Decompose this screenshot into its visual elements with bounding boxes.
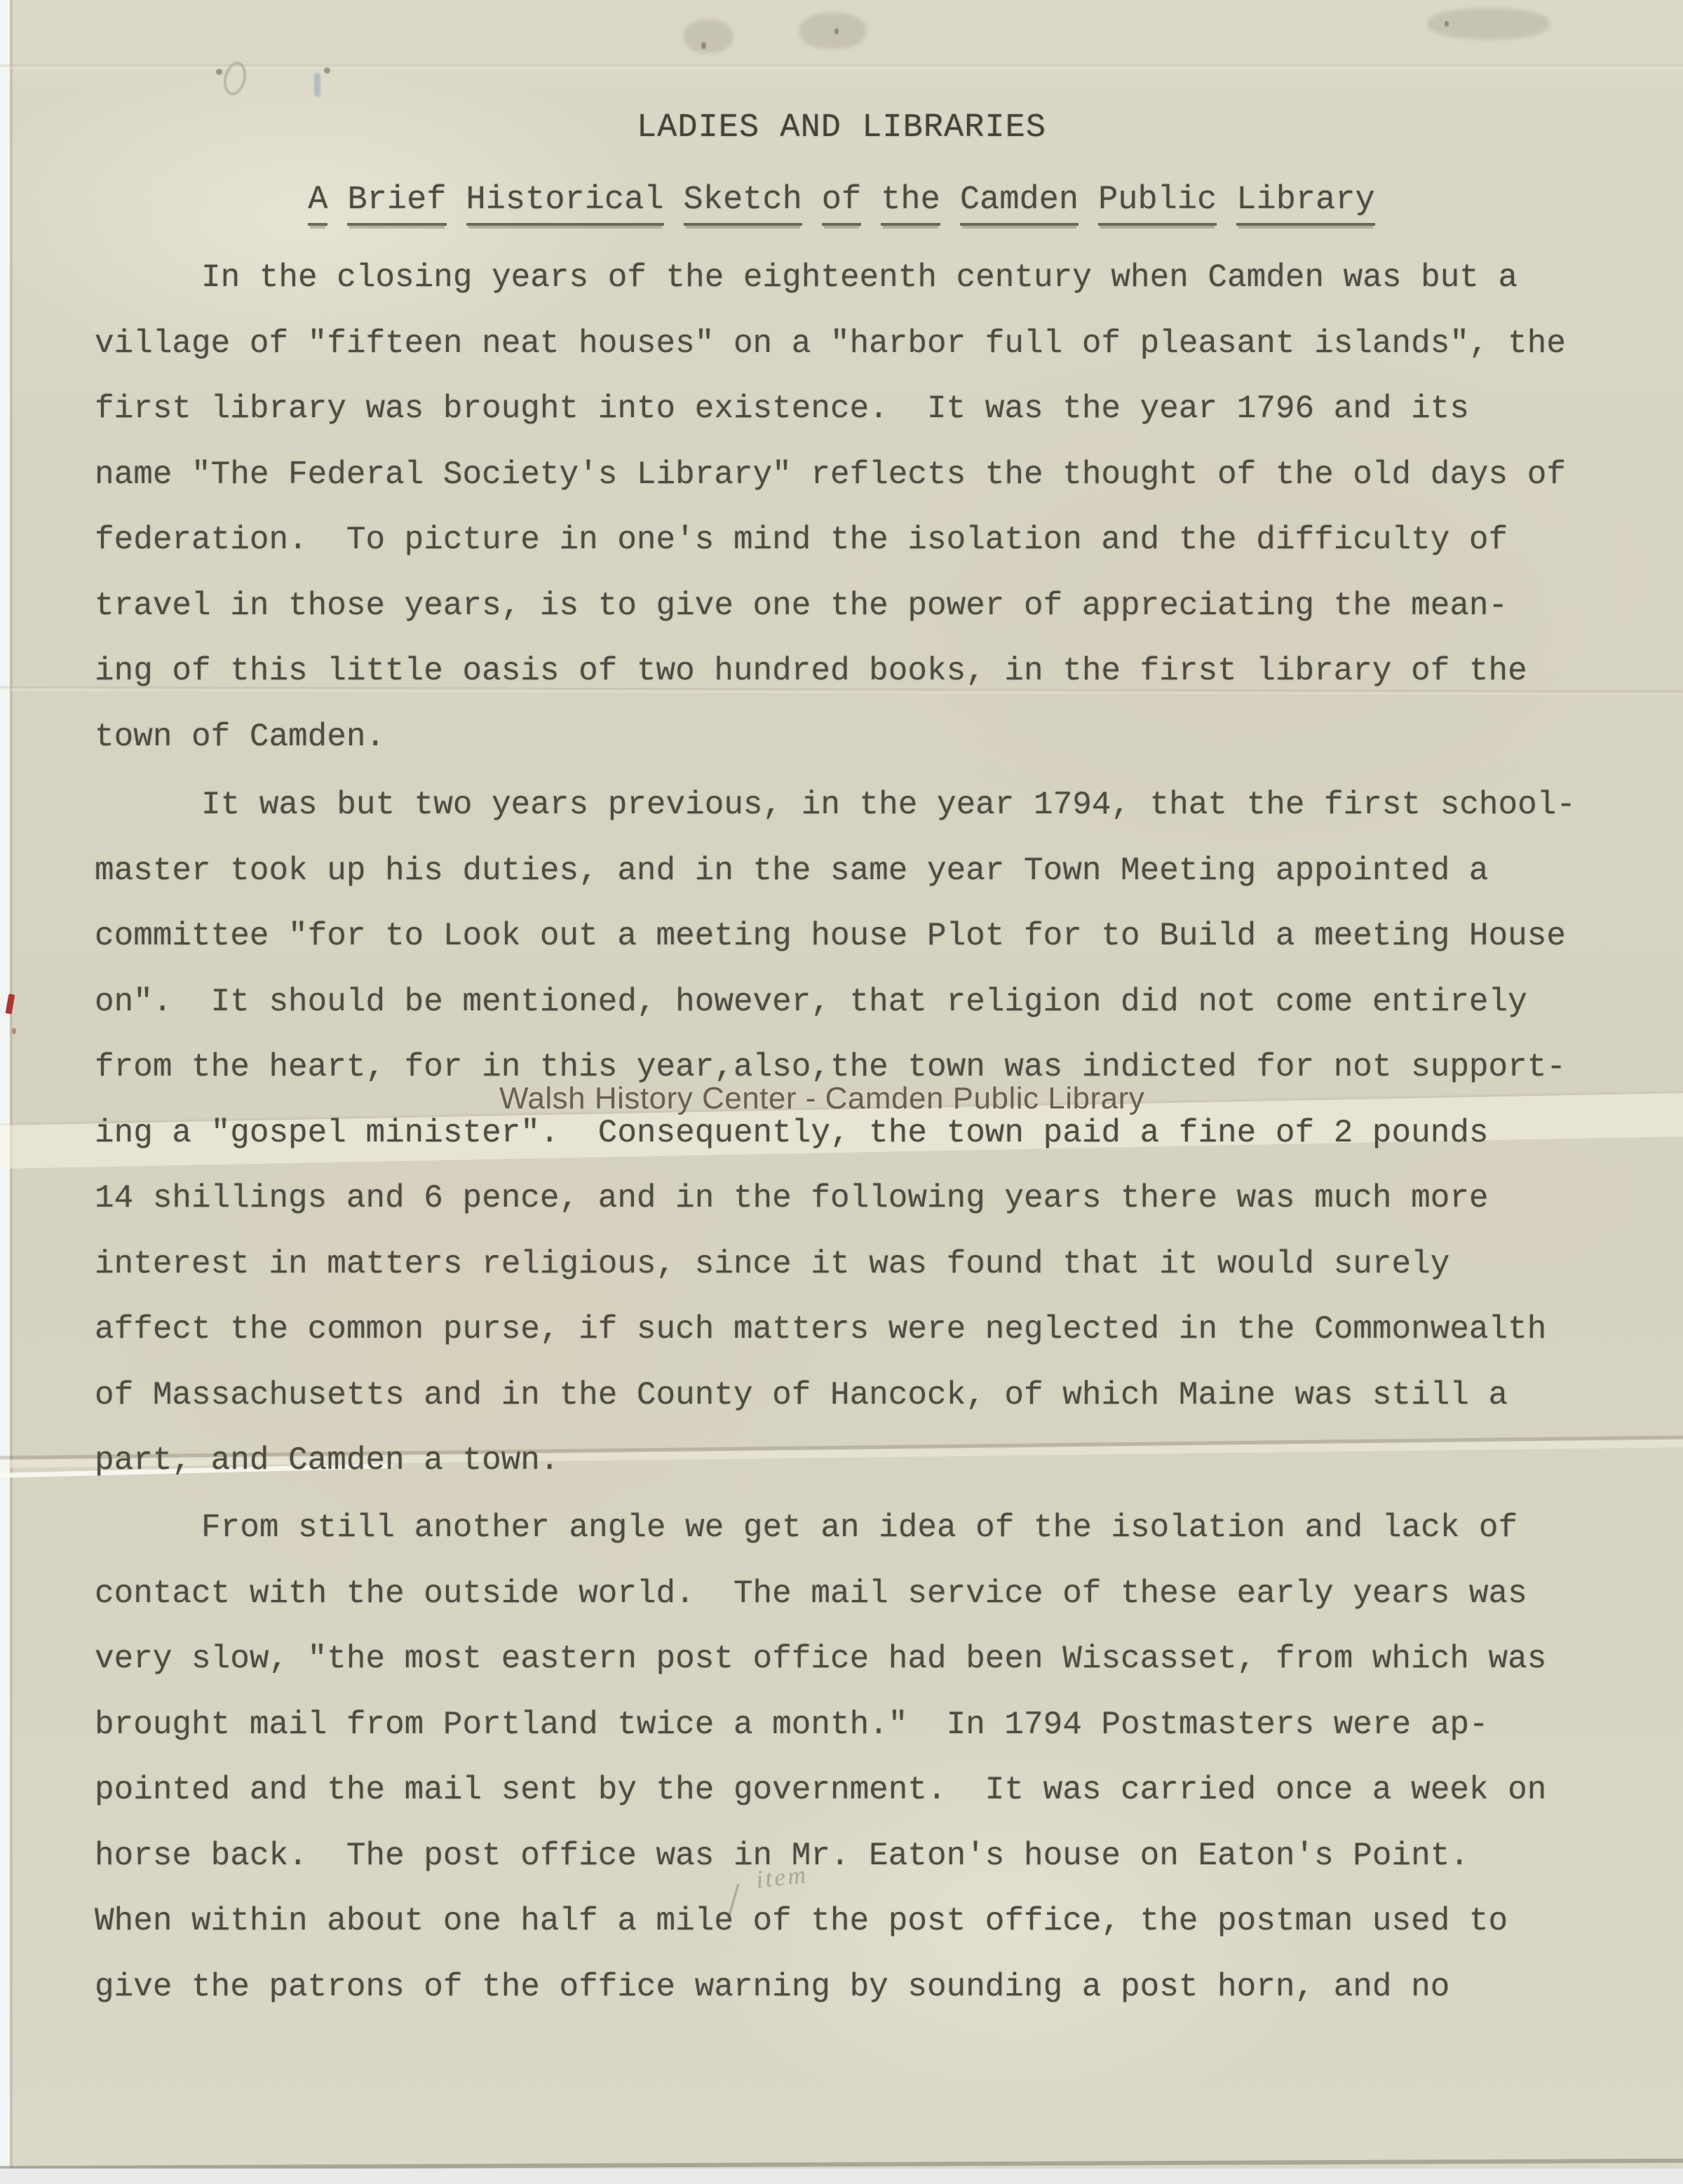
ink-speck (834, 28, 839, 34)
text-line: It was but two years previous, in the ye… (95, 773, 1576, 839)
subtitle-word: of (822, 182, 861, 226)
scanned-document-page: LADIES AND LIBRARIES ABriefHistoricalSke… (0, 0, 1683, 2184)
subtitle-word: Camden (960, 182, 1079, 226)
text-line: committee "for to Look out a meeting hou… (95, 904, 1576, 970)
ink-speck (324, 67, 330, 74)
text-line: affect the common purse, if such matters… (95, 1297, 1576, 1363)
text-line: federation. To picture in one's mind the… (95, 508, 1566, 574)
text-line: ing of this little oasis of two hundred … (95, 639, 1566, 705)
text-line: 14 shillings and 6 pence, and in the fol… (95, 1166, 1576, 1232)
document-title: LADIES AND LIBRARIES (0, 107, 1683, 149)
text-line: on". It should be mentioned, however, th… (95, 970, 1576, 1036)
document-subtitle: ABriefHistoricalSketchoftheCamdenPublicL… (0, 181, 1683, 220)
text-line: In the closing years of the eighteenth c… (95, 245, 1566, 311)
text-line: of Massachusetts and in the County of Ha… (95, 1363, 1576, 1429)
blue-pencil-dash (314, 73, 320, 97)
scanner-edge-left (0, 0, 10, 2184)
text-line: When within about one half a mile of the… (95, 1889, 1546, 1955)
text-line: contact with the outside world. The mail… (95, 1561, 1546, 1627)
subtitle-word: the (881, 182, 940, 226)
paragraph-2: It was but two years previous, in the ye… (95, 773, 1576, 1494)
paragraph-3: From still another angle we get an idea … (95, 1495, 1546, 2020)
subtitle-word: Sketch (684, 182, 802, 226)
text-line: name "The Federal Society's Library" ref… (95, 442, 1566, 508)
text-line: part, and Camden a town. (95, 1428, 1576, 1494)
text-line: village of "fifteen neat houses" on a "h… (95, 311, 1566, 377)
archive-watermark: Walsh History Center - Camden Public Lib… (499, 1081, 1144, 1116)
text-line: travel in those years, is to give one th… (95, 574, 1566, 639)
text-line: give the patrons of the office warning b… (95, 1955, 1546, 2021)
subtitle-word: Public (1098, 182, 1217, 226)
smudge-mark (799, 13, 866, 49)
ink-speck (216, 69, 222, 75)
text-line: pointed and the mail sent by the governm… (95, 1758, 1546, 1824)
fold-crease-top (0, 65, 1683, 69)
text-line: very slow, "the most eastern post office… (95, 1627, 1546, 1693)
text-line: brought mail from Portland twice a month… (95, 1693, 1546, 1758)
text-line: horse back. The post office was in Mr. E… (95, 1824, 1546, 1890)
text-line: interest in matters religious, since it … (95, 1232, 1576, 1298)
pencil-annotation: item (755, 1859, 809, 1894)
subtitle-word: Historical (466, 182, 664, 226)
scanner-edge-bottom (0, 2169, 1683, 2184)
red-margin-dot (12, 1028, 16, 1034)
subtitle-word: Brief (347, 182, 446, 226)
text-line: first library was brought into existence… (95, 377, 1566, 442)
subtitle-word: A (308, 182, 327, 226)
ink-speck (701, 42, 706, 49)
paragraph-1: In the closing years of the eighteenth c… (95, 245, 1566, 770)
text-line: master took up his duties, and in the sa… (95, 839, 1576, 904)
smudge-mark (684, 20, 733, 53)
text-line: town of Camden. (95, 705, 1566, 771)
ink-speck (1445, 21, 1449, 27)
paper-left-edge (10, 0, 13, 2184)
subtitle-word: Library (1236, 182, 1374, 226)
text-line: From still another angle we get an idea … (95, 1495, 1546, 1561)
